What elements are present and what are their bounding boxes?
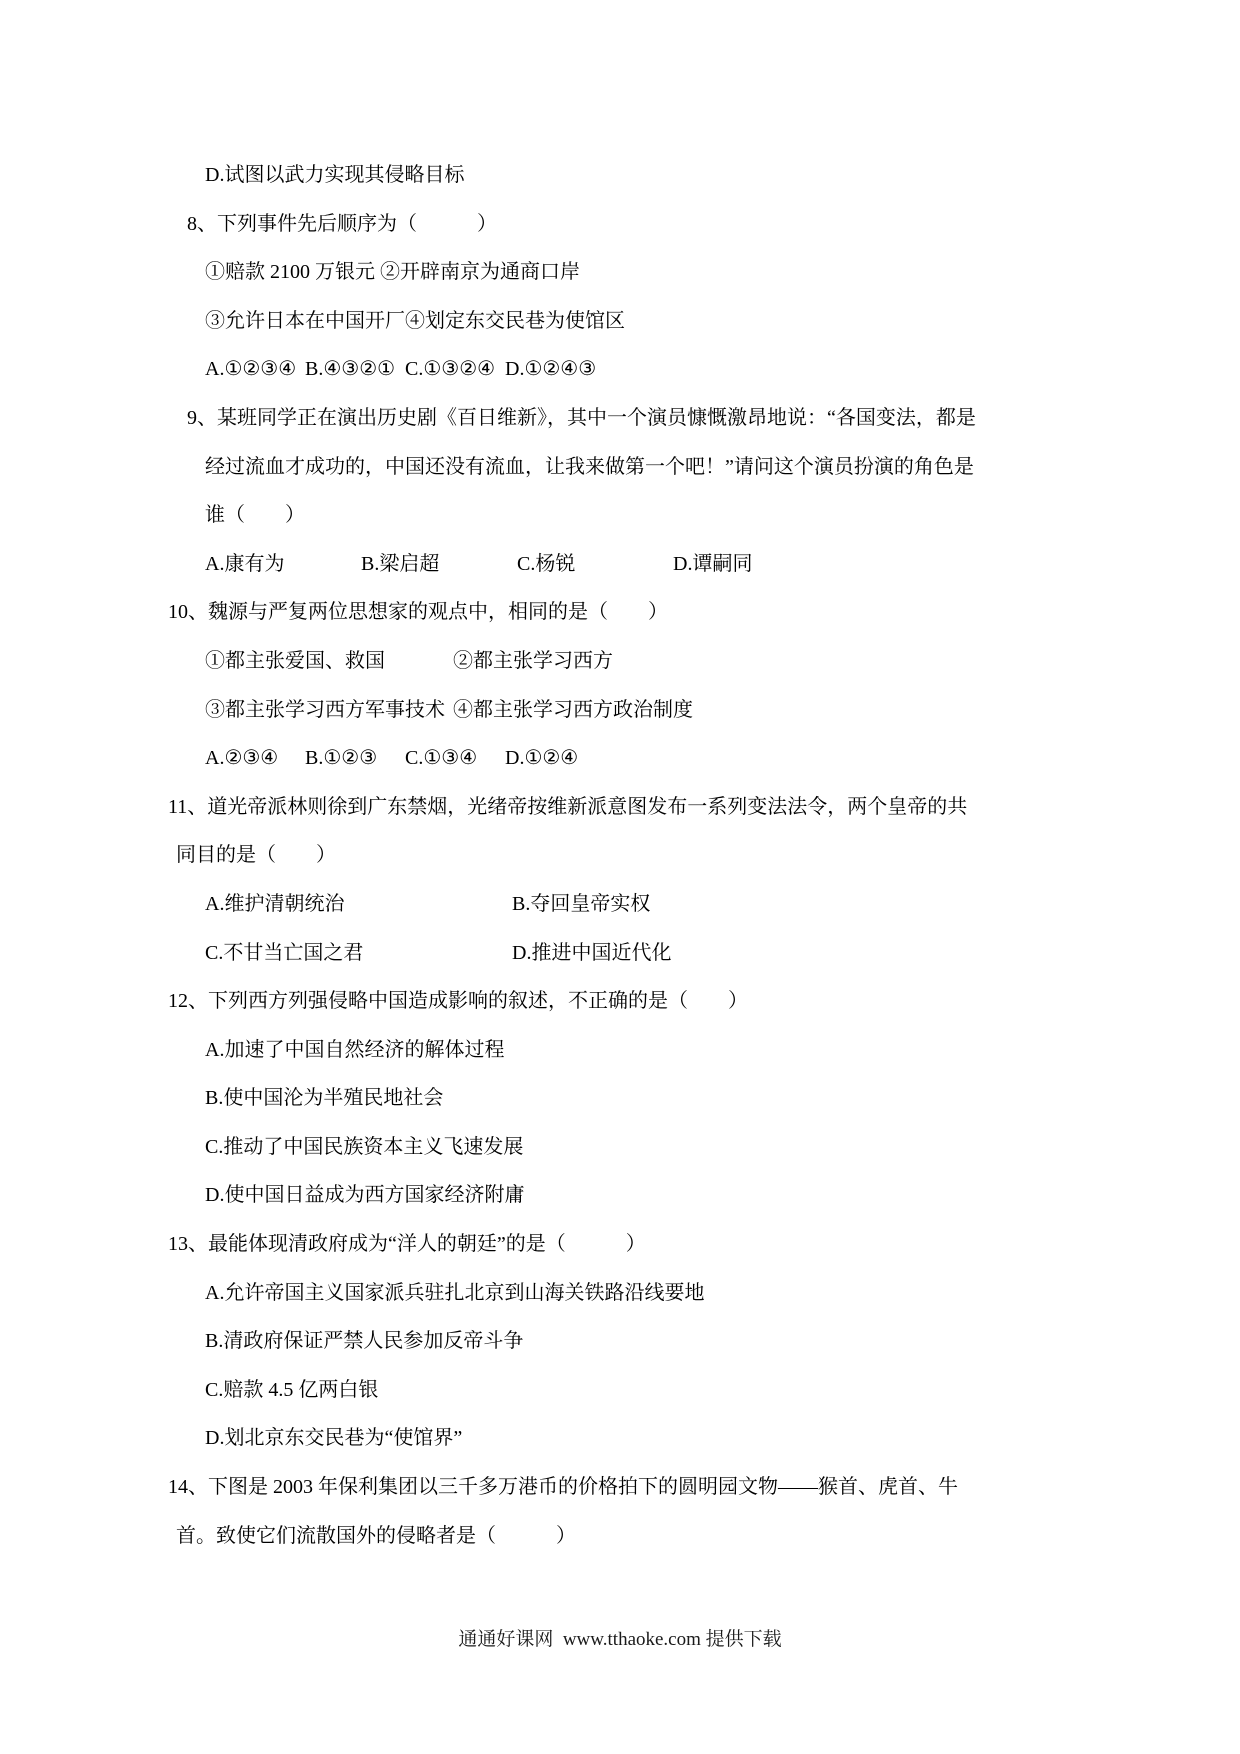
q11-choices-cd: C.不甘当亡国之君D.推进中国近代化	[150, 929, 1110, 978]
line-segment: B.梁启超	[361, 540, 517, 589]
line-text: D.试图以武力实现其侵略目标	[205, 151, 464, 200]
line-text: 首。致使它们流散国外的侵略者是（ ）	[176, 1512, 576, 1561]
q8-choices: A.①②③④B.④③②①C.①③②④D.①②④③	[150, 345, 1110, 394]
line-segment: C.①③④	[405, 734, 505, 783]
line-segment: D.①②④③	[505, 345, 596, 394]
line-segment: C.杨锐	[517, 540, 673, 589]
exam-paper-page: D.试图以武力实现其侵略目标8、下列事件先后顺序为（ ）①赔款 2100 万银元…	[0, 0, 1240, 1754]
line-segment: C.①③②④	[405, 345, 505, 394]
line-segment: D.①②④	[505, 734, 578, 783]
line-segment: D.谭嗣同	[673, 540, 752, 589]
line-segment: ④都主张学习西方政治制度	[453, 686, 693, 735]
line-text: 8、下列事件先后顺序为（ ）	[187, 200, 497, 249]
line-text: D.使中国日益成为西方国家经济附庸	[205, 1171, 524, 1220]
q14-stem-line2: 首。致使它们流散国外的侵略者是（ ）	[150, 1512, 1110, 1561]
q10-choices: A.②③④B.①②③C.①③④D.①②④	[150, 734, 1110, 783]
q13-stem: 13、最能体现清政府成为“洋人的朝廷”的是（ ）	[150, 1220, 1110, 1269]
page-content: D.试图以武力实现其侵略目标8、下列事件先后顺序为（ ）①赔款 2100 万银元…	[150, 151, 1110, 1560]
q9-stem-line1: 9、某班同学正在演出历史剧《百日维新》，其中一个演员慷慨激昂地说：“各国变法，都…	[150, 394, 1110, 443]
line-text: B.清政府保证严禁人民参加反帝斗争	[205, 1317, 523, 1366]
line-segment: ②开辟南京为通商口岸	[380, 248, 580, 297]
line-segment: A.②③④	[205, 734, 305, 783]
line-segment: B.夺回皇帝实权	[512, 880, 650, 929]
line-segment: A.维护清朝统治	[205, 880, 512, 929]
q13-option-d: D.划北京东交民巷为“使馆界”	[150, 1414, 1110, 1463]
q10-items-3-4: ③都主张学习西方军事技术④都主张学习西方政治制度	[150, 686, 1110, 735]
line-segment: A.康有为	[205, 540, 361, 589]
line-segment: ④划定东交民巷为使馆区	[405, 297, 625, 346]
q9-choices: A.康有为B.梁启超C.杨锐D.谭嗣同	[150, 540, 1110, 589]
line-text: B.使中国沦为半殖民地社会	[205, 1074, 443, 1123]
page-footer: 通通好课网 www.tthaoke.com 提供下载	[0, 1624, 1240, 1651]
line-text: 经过流血才成功的，中国还没有流血，让我来做第一个吧！”请问这个演员扮演的角色是	[205, 443, 974, 492]
line-segment: B.④③②①	[305, 345, 405, 394]
q9-stem-line3: 谁（ ）	[150, 491, 1110, 540]
line-text: 14、下图是 2003 年保利集团以三千多万港币的价格拍下的圆明园文物——猴首、…	[168, 1463, 958, 1512]
q11-stem-line2: 同目的是（ ）	[150, 831, 1110, 880]
q12-option-c: C.推动了中国民族资本主义飞速发展	[150, 1123, 1110, 1172]
q11-stem-line1: 11、道光帝派林则徐到广东禁烟，光绪帝按维新派意图发布一系列变法法令，两个皇帝的…	[150, 783, 1110, 832]
q14-stem-line1: 14、下图是 2003 年保利集团以三千多万港币的价格拍下的圆明园文物——猴首、…	[150, 1463, 1110, 1512]
q8-items-1-2: ①赔款 2100 万银元②开辟南京为通商口岸	[150, 248, 1110, 297]
q10-items-1-2: ①都主张爱国、救国②都主张学习西方	[150, 637, 1110, 686]
line-segment: D.推进中国近代化	[512, 929, 671, 978]
line-text: D.划北京东交民巷为“使馆界”	[205, 1414, 462, 1463]
q11-choices-ab: A.维护清朝统治B.夺回皇帝实权	[150, 880, 1110, 929]
q13-option-a: A.允许帝国主义国家派兵驻扎北京到山海关铁路沿线要地	[150, 1269, 1110, 1318]
q13-option-c: C.赔款 4.5 亿两白银	[150, 1366, 1110, 1415]
line-text: 12、下列西方列强侵略中国造成影响的叙述，不正确的是（ ）	[168, 977, 748, 1026]
line-text: 13、最能体现清政府成为“洋人的朝廷”的是（ ）	[168, 1220, 646, 1269]
q9-stem-line2: 经过流血才成功的，中国还没有流血，让我来做第一个吧！”请问这个演员扮演的角色是	[150, 443, 1110, 492]
line-segment: ③都主张学习西方军事技术	[205, 686, 453, 735]
q12-option-b: B.使中国沦为半殖民地社会	[150, 1074, 1110, 1123]
line-text: 同目的是（ ）	[176, 831, 336, 880]
line-text: A.允许帝国主义国家派兵驻扎北京到山海关铁路沿线要地	[205, 1269, 704, 1318]
q8-items-3-4: ③允许日本在中国开厂④划定东交民巷为使馆区	[150, 297, 1110, 346]
q12-option-a: A.加速了中国自然经济的解体过程	[150, 1026, 1110, 1075]
line-text: C.推动了中国民族资本主义飞速发展	[205, 1123, 523, 1172]
line-segment: ①赔款 2100 万银元	[205, 248, 380, 297]
line-text: 9、某班同学正在演出历史剧《百日维新》，其中一个演员慷慨激昂地说：“各国变法，都…	[187, 394, 976, 443]
line-segment: B.①②③	[305, 734, 405, 783]
line-segment: ③允许日本在中国开厂	[205, 297, 405, 346]
line-segment: ①都主张爱国、救国	[205, 637, 453, 686]
q12-option-d: D.使中国日益成为西方国家经济附庸	[150, 1171, 1110, 1220]
line-text: 10、魏源与严复两位思想家的观点中，相同的是（ ）	[168, 588, 668, 637]
line-text: 谁（ ）	[205, 491, 305, 540]
q8-stem: 8、下列事件先后顺序为（ ）	[150, 200, 1110, 249]
q7-option-d: D.试图以武力实现其侵略目标	[150, 151, 1110, 200]
line-text: A.加速了中国自然经济的解体过程	[205, 1026, 504, 1075]
line-segment: A.①②③④	[205, 345, 305, 394]
line-segment: C.不甘当亡国之君	[205, 929, 512, 978]
line-segment: ②都主张学习西方	[453, 637, 613, 686]
line-text: 11、道光帝派林则徐到广东禁烟，光绪帝按维新派意图发布一系列变法法令，两个皇帝的…	[168, 783, 967, 832]
q13-option-b: B.清政府保证严禁人民参加反帝斗争	[150, 1317, 1110, 1366]
line-text: C.赔款 4.5 亿两白银	[205, 1366, 378, 1415]
q12-stem: 12、下列西方列强侵略中国造成影响的叙述，不正确的是（ ）	[150, 977, 1110, 1026]
q10-stem: 10、魏源与严复两位思想家的观点中，相同的是（ ）	[150, 588, 1110, 637]
